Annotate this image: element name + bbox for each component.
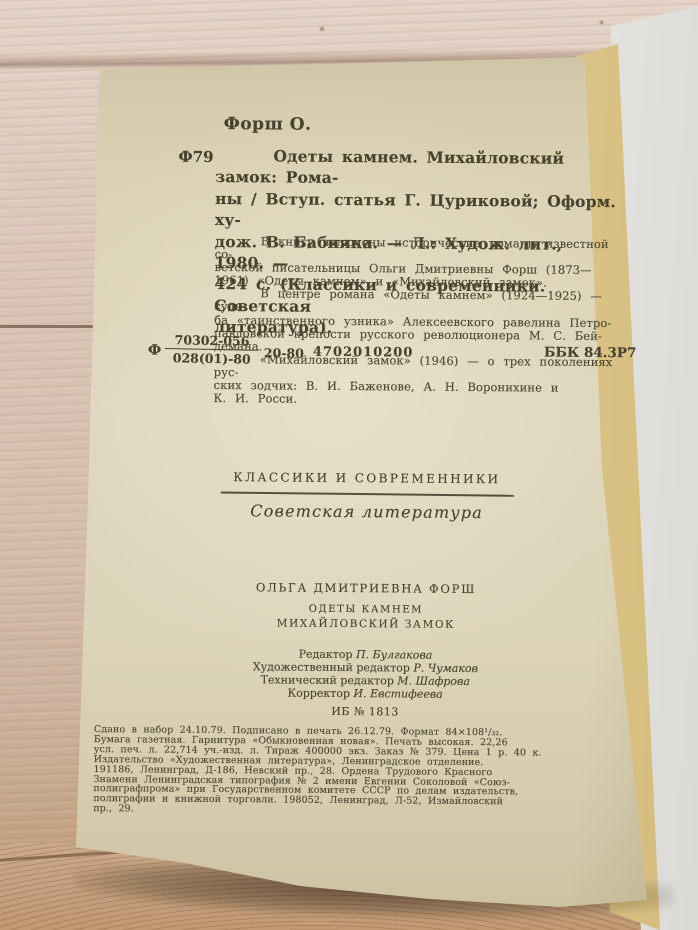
page-content: Форш О. Ф79 Одеты камнем. Михайловский з… — [0, 0, 698, 930]
series-divider-rule — [221, 491, 514, 496]
catalog-fraction-denominator: 028(01)-80 — [165, 349, 259, 367]
order-code: 4702010200 — [313, 345, 414, 361]
catalog-series-letter: Ф — [148, 342, 161, 358]
imprint-colophon: Сдано в набор 24.10.79. Подписано в печа… — [93, 725, 615, 818]
series-title: КЛАССИКИ И СОВРЕМЕННИКИ — [192, 470, 542, 487]
annotation-paragraph: В книгу включены исторические романы изв… — [214, 235, 616, 291]
staff-role: Корректор — [288, 686, 350, 699]
photo-of-open-book: Форш О. Ф79 Одеты камнем. Михайловский з… — [0, 0, 698, 930]
book-title-first: ОДЕТЫ КАМНЕМ — [191, 603, 541, 617]
book-author-name: ОЛЬГА ДМИТРИЕВНА ФОРШ — [191, 580, 541, 597]
series-subtitle: Советская литература — [192, 501, 542, 523]
bbk-code: ББК 84.3Р7 — [544, 345, 637, 362]
staff-role: Технический редактор — [261, 673, 394, 687]
book-title-second: МИХАЙЛОВСКИЙ ЗАМОК — [191, 617, 541, 632]
catalog-fraction-numerator: 70302-056 — [165, 332, 259, 351]
edition-code: 20-80 — [264, 345, 304, 360]
catalog-index: Ф79 — [178, 148, 213, 166]
annotation-paragraph: «Михайловский замок» (1946) — о трех пок… — [213, 353, 615, 409]
staff-name: М. Шафрова — [397, 674, 470, 688]
staff-role: Художественный редактор — [253, 660, 410, 674]
catalog-fraction: 70302-056 028(01)-80 — [165, 332, 260, 367]
staff-role: Редактор — [299, 648, 353, 661]
staff-name: И. Евстифеева — [353, 687, 442, 701]
ib-number: ИБ № 1813 — [165, 704, 565, 720]
author-heading: Форш О. — [224, 114, 312, 135]
annotation: В книгу включены исторические романы изв… — [213, 235, 616, 408]
staff-name: П. Булгакова — [356, 648, 432, 662]
staff-credit-line: Корректор И. Евстифеева — [165, 686, 565, 702]
staff-name: Р. Чумаков — [413, 661, 478, 675]
staff-credits: Редактор П. Булгакова Художественный ред… — [165, 648, 565, 703]
